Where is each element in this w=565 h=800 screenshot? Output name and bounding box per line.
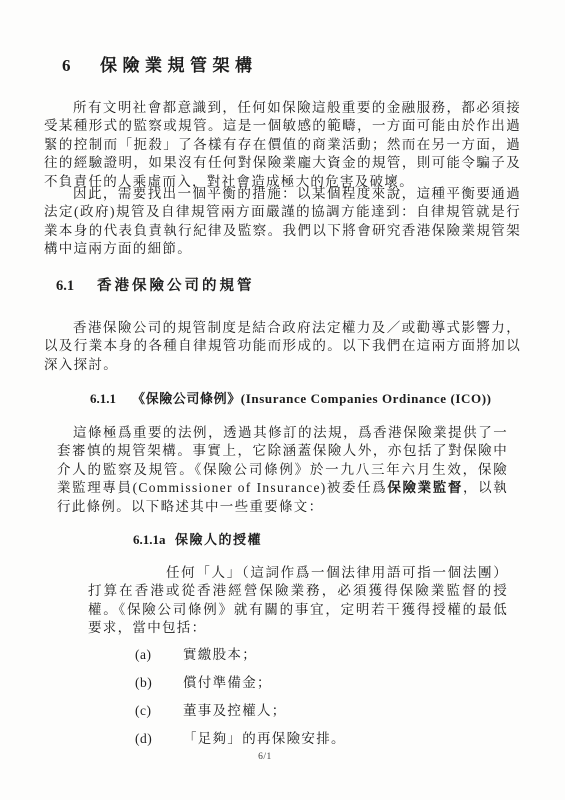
section-number: 6.1.1: [90, 391, 132, 407]
paragraph-text-bold: 保險業監督: [387, 480, 463, 495]
section-heading-6-1-1a: 6.1.1a保險人的授權: [133, 529, 262, 548]
chapter-title: 保險業規管架構: [100, 56, 258, 75]
list-item-text: 董事及控權人；: [183, 703, 287, 718]
chapter-number: 6: [62, 56, 100, 76]
page-number: 6/1: [0, 752, 530, 762]
paragraph-authorization-requirements: 任何「人」（這詞作爲一個法律用語可指一個法團）打算在香港或從香港經營保險業務，必…: [88, 564, 508, 638]
paragraph-hk-regulation-system: 香港保險公司的規管制度是結合政府法定權力及／或勸導式影響力，以及行業本身的各種自…: [44, 319, 521, 374]
section-heading-6-1-1: 6.1.1《保險公司條例》(Insurance Companies Ordina…: [90, 388, 492, 407]
list-item-text: 償付準備金；: [183, 675, 272, 690]
paragraph-balance-measures: 因此，需要找出一個平衡的措施：以某個程度來說，這種平衡要通過法定(政府)規管及自…: [44, 185, 521, 259]
paragraph-intro-regulation: 所有文明社會都意識到，任何如保險這般重要的金融服務，都必須接受某種形式的監察或規…: [44, 99, 521, 191]
list-item: (c)董事及控權人；: [135, 699, 515, 719]
section-title: 保險人的授權: [175, 532, 262, 547]
list-item: (d)「足夠」的再保險安排。: [135, 727, 515, 747]
list-item-marker: (a): [135, 647, 183, 663]
list-item-text: 「足夠」的再保險安排。: [183, 731, 346, 746]
list-item-marker: (c): [135, 703, 183, 719]
list-item: (a)實繳股本；: [135, 643, 515, 663]
section-title: 《保險公司條例》(Insurance Companies Ordinance (…: [132, 391, 492, 406]
document-page: 6保險業規管架構 所有文明社會都意識到，任何如保險這般重要的金融服務，都必須接受…: [0, 0, 565, 800]
list-item-marker: (b): [135, 675, 183, 691]
list-item-text: 實繳股本；: [183, 647, 257, 662]
section-number: 6.1: [56, 278, 97, 295]
list-item: (b)償付準備金；: [135, 671, 515, 691]
paragraph-ico-description: 這條極爲重要的法例，透過其修訂的法規，爲香港保險業提供了一套審慎的規管架構。事實…: [57, 424, 508, 516]
section-heading-6-1: 6.1香港保險公司的規管: [56, 274, 255, 295]
chapter-heading: 6保險業規管架構: [62, 51, 258, 76]
section-number: 6.1.1a: [133, 532, 175, 548]
list-item-marker: (d): [135, 731, 183, 747]
section-title: 香港保險公司的規管: [97, 278, 255, 294]
